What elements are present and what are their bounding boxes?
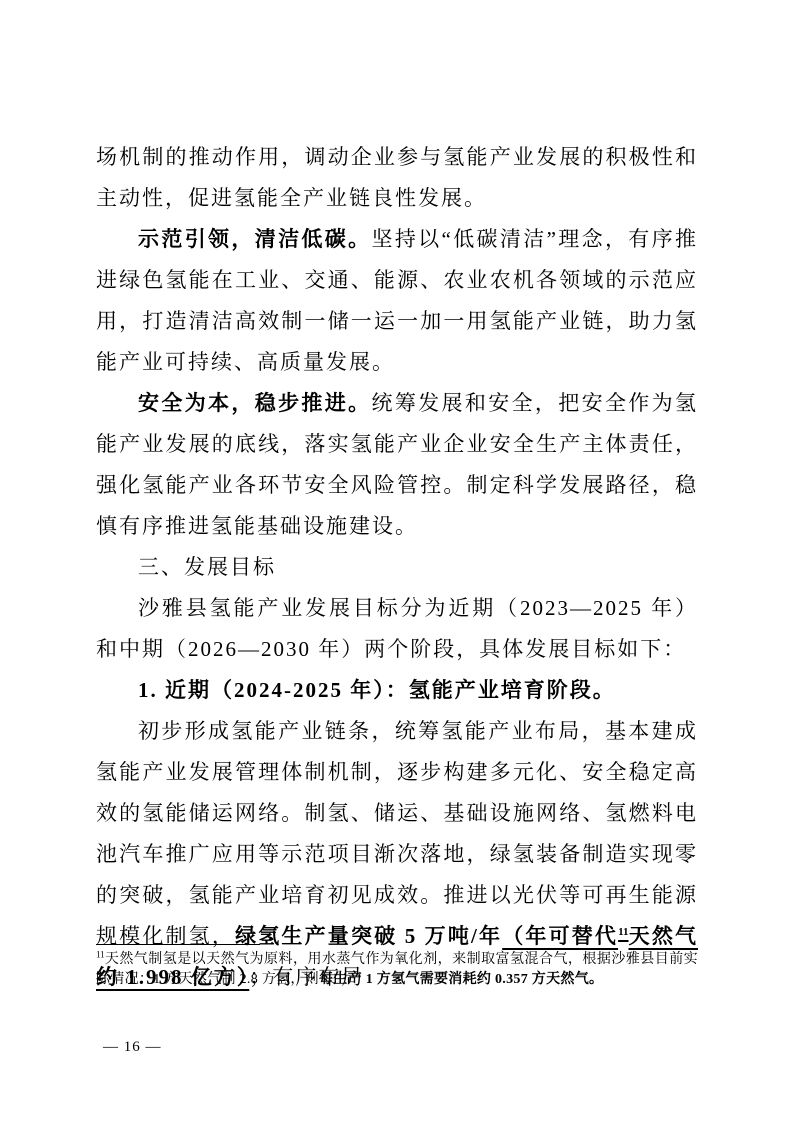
text-run: 初步形成氢能产业链条，统筹氢能产业布局，基本建成氢能产业发展管理体制机制，逐步构… — [96, 719, 698, 948]
footnote-reference: 11 — [618, 926, 628, 938]
footnote-block: 11天然气制氢是以天然气为原料，用水蒸气作为氧化剂，来制取富氢混合气，根据沙雅县… — [96, 944, 698, 990]
section-heading: 三、发展目标 — [96, 547, 698, 588]
footnote-reference: 11 — [96, 949, 105, 959]
text-run: 场机制的推动作用，调动企业参与氢能产业发展的积极性和主动性，促进氢能全产业链良性… — [96, 145, 698, 210]
text-run: 三、发展目标 — [138, 555, 276, 579]
document-page: 场机制的推动作用，调动企业参与氢能产业发展的积极性和主动性，促进氢能全产业链良性… — [0, 0, 793, 1122]
text-run: 1. 近期（2024-2025 年）：氢能产业培育阶段。 — [138, 678, 616, 702]
text-run: 安全为本，稳步推进。 — [138, 391, 371, 415]
text-run: 示范引领，清洁低碳。 — [138, 227, 371, 251]
text-run: 每生产 1 方氢气需要消耗约 0.357 方天然气。 — [319, 972, 603, 987]
subsection-heading: 1. 近期（2024-2025 年）：氢能产业培育阶段。 — [96, 670, 698, 711]
paragraph-goal-overview: 沙雅县氢能产业发展目标分为近期（2023—2025 年）和中期（2026—203… — [96, 588, 698, 670]
document-body: 场机制的推动作用，调动企业参与氢能产业发展的积极性和主动性，促进氢能全产业链良性… — [96, 137, 698, 998]
paragraph-demonstration: 示范引领，清洁低碳。坚持以“低碳清洁”理念，有序推进绿色氢能在工业、交通、能源、… — [96, 219, 698, 383]
page-number: — 16 — — [103, 1039, 162, 1056]
text-run: 沙雅县氢能产业发展目标分为近期（2023—2025 年）和中期（2026—203… — [96, 596, 698, 661]
paragraph-safety: 安全为本，稳步推进。统筹发展和安全，把安全作为氢能产业发展的底线，落实氢能产业企… — [96, 383, 698, 547]
paragraph-continued: 场机制的推动作用，调动企业参与氢能产业发展的积极性和主动性，促进氢能全产业链良性… — [96, 137, 698, 219]
footnote-separator — [96, 944, 260, 945]
footnote-text: 11天然气制氢是以天然气为原料，用水蒸气作为氧化剂，来制取富氢混合气，根据沙雅县… — [96, 950, 698, 990]
